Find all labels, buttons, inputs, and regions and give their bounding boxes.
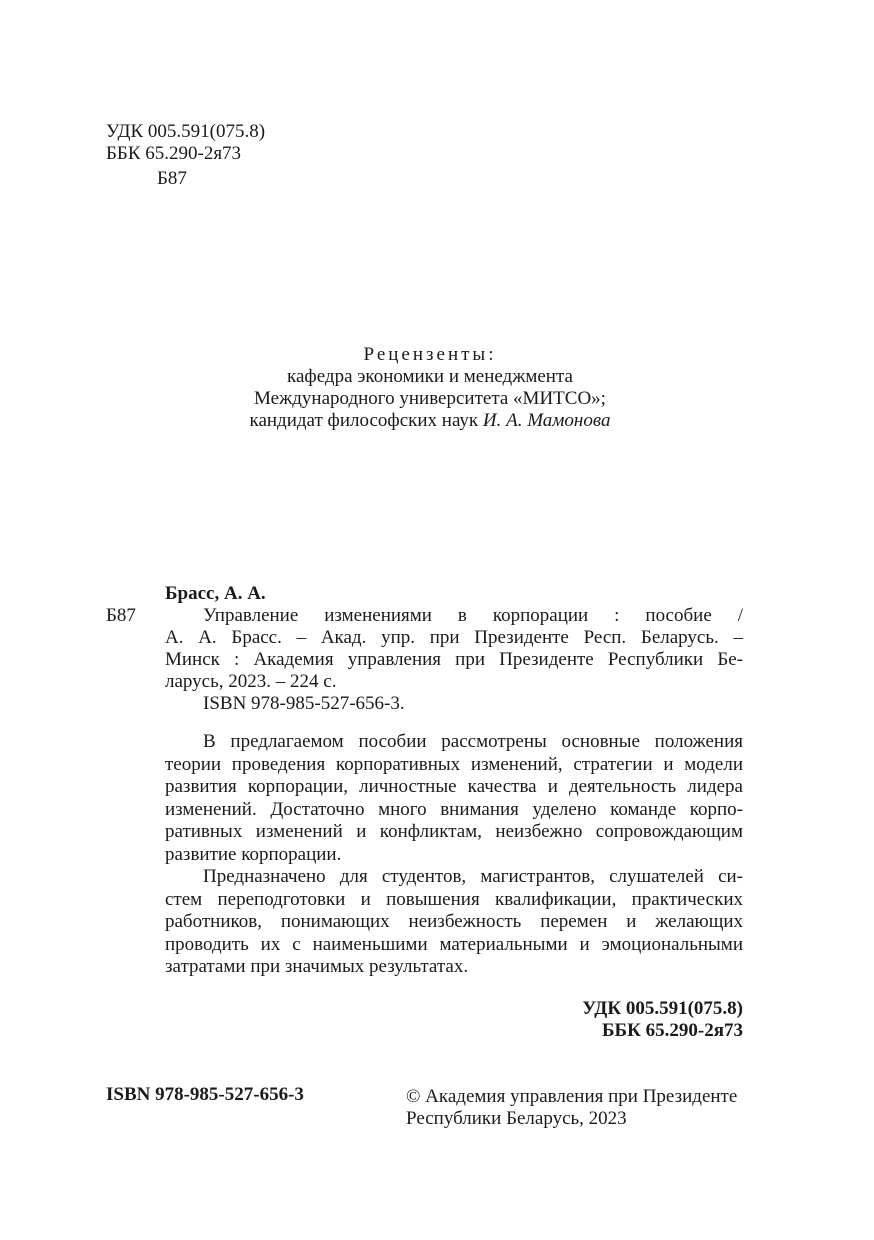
- annotation-line: теории проведения корпоративных изменени…: [165, 754, 743, 777]
- annotation-line: развитие корпорации.: [165, 844, 743, 867]
- annotation-line: ративных изменений и конфликтам, неизбеж…: [165, 821, 743, 844]
- reviewer-name: И. А. Мамонова: [483, 410, 611, 431]
- bibliographic-description: Управление изменениями в корпорации : по…: [165, 605, 743, 715]
- author-heading: Брасс, А. А.: [165, 583, 266, 605]
- bbk-code: ББК 65.290-2я73: [106, 143, 241, 165]
- bbk-code-bottom: ББК 65.290-2я73: [582, 1020, 743, 1042]
- copyright: © Академия управления при Президенте Рес…: [406, 1086, 737, 1130]
- author-mark: Б87: [157, 168, 187, 190]
- copyright-line: Республики Беларусь, 2023: [406, 1108, 737, 1130]
- reviewers-block: Рецензенты: кафедра экономики и менеджме…: [230, 344, 630, 432]
- udk-code-bottom: УДК 005.591(075.8): [582, 998, 743, 1020]
- bib-line: А. А. Брасс. – Акад. упр. при Президенте…: [165, 627, 743, 649]
- annotation: В предлагаемом пособии рассмотрены основ…: [165, 731, 743, 979]
- udk-code: УДК 005.591(075.8): [106, 121, 265, 143]
- isbn: ISBN 978-985-527-656-3: [106, 1084, 304, 1106]
- annotation-line: Предназначено для студентов, магистранто…: [165, 866, 743, 889]
- reviewers-title: Рецензенты:: [230, 344, 630, 366]
- annotation-line: развития корпорации, личностные качества…: [165, 776, 743, 799]
- annotation-line: затратами при значимых результатах.: [165, 956, 743, 979]
- copyright-line: © Академия управления при Президенте: [406, 1086, 737, 1108]
- annotation-line: изменений. Достаточно много внимания уде…: [165, 799, 743, 822]
- annotation-line: работников, понимающих неизбежность пере…: [165, 911, 743, 934]
- reviewer-person: кандидат философских наук И. А. Мамонова: [230, 410, 630, 432]
- bib-isbn: ISBN 978-985-527-656-3.: [165, 693, 743, 715]
- bib-line: Минск : Академия управления при Президен…: [165, 649, 743, 671]
- author-mark-record: Б87: [106, 605, 136, 627]
- annotation-line: проводить их с наименьшими материальными…: [165, 934, 743, 957]
- bib-line: ларусь, 2023. – 224 с.: [165, 671, 743, 693]
- classification-block: УДК 005.591(075.8) ББК 65.290-2я73: [582, 998, 743, 1042]
- annotation-line: стем переподготовки и повышения квалифик…: [165, 889, 743, 912]
- reviewer-department: кафедра экономики и менеджмента: [230, 366, 630, 388]
- reviewer-university: Международного университета «МИТСО»;: [230, 388, 630, 410]
- bib-line: Управление изменениями в корпорации : по…: [165, 605, 743, 627]
- annotation-line: В предлагаемом пособии рассмотрены основ…: [165, 731, 743, 754]
- reviewer-degree: кандидат философских наук: [250, 410, 483, 431]
